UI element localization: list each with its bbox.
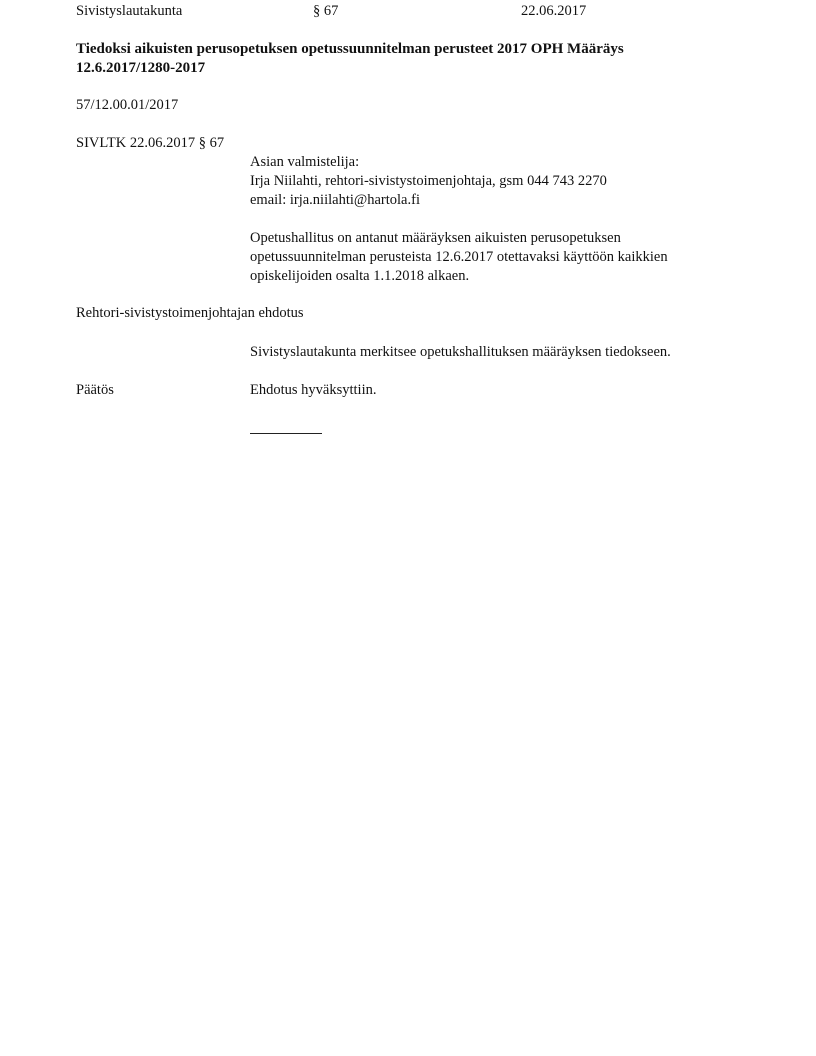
section-number: § 67 [313, 2, 338, 21]
meeting-reference: SIVLTK 22.06.2017 § 67 [76, 134, 224, 153]
document-title-line2: 12.6.2017/1280-2017 [76, 59, 205, 78]
body-text-line1: Opetushallitus on antanut määräyksen aik… [250, 229, 621, 248]
proposal-label: Rehtori-sivistystoimenjohtajan ehdotus [76, 304, 304, 323]
meeting-date: 22.06.2017 [521, 2, 586, 21]
committee-name: Sivistyslautakunta [76, 2, 182, 21]
document-title-line1: Tiedoksi aikuisten perusopetuksen opetus… [76, 40, 624, 59]
record-number: 57/12.00.01/2017 [76, 96, 178, 115]
body-text-line3: opiskelijoiden osalta 1.1.2018 alkaen. [250, 267, 469, 286]
decision-label: Päätös [76, 381, 114, 400]
decision-text: Ehdotus hyväksyttiin. [250, 381, 376, 400]
proposal-text: Sivistyslautakunta merkitsee opetukshall… [250, 343, 671, 362]
preparer-email: email: irja.niilahti@hartola.fi [250, 191, 420, 210]
preparer-label: Asian valmistelija: [250, 153, 359, 172]
preparer-name: Irja Niilahti, rehtori-sivistystoimenjoh… [250, 172, 607, 191]
signature-divider [250, 433, 322, 434]
body-text-line2: opetussuunnitelman perusteista 12.6.2017… [250, 248, 668, 267]
